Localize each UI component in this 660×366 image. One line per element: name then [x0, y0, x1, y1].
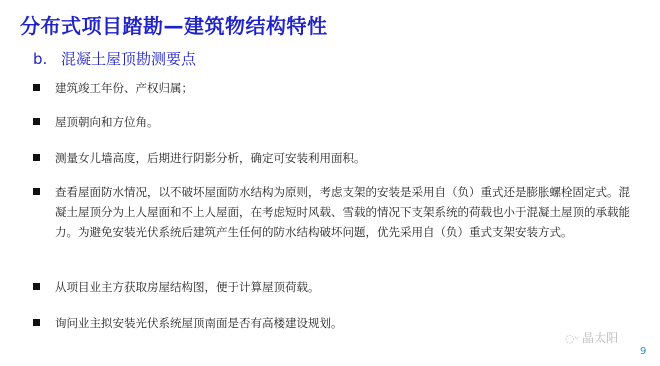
list-item: 测量女儿墙高度，后期进行阴影分析，确定可安装利用面积。: [33, 148, 366, 168]
section-index: b.: [33, 50, 61, 68]
list-item: 从项目业主方获取房屋结构图，便于计算屋顶荷载。: [33, 277, 320, 297]
section-heading-text: 混凝土屋顶勘测要点: [61, 50, 196, 68]
section-heading: b.混凝土屋顶勘测要点: [33, 48, 196, 69]
square-bullet-icon: [33, 84, 40, 91]
list-item: 查看屋面防水情况，以不破坏屋面防水结构为原则，考虑支架的安装是采用自（负）重式还…: [33, 182, 635, 242]
slide-title: 分布式项目踏勘—建筑物结构特性: [20, 10, 328, 39]
wechat-icon: ◌ᵕ: [565, 332, 579, 345]
page-number: 9: [640, 346, 646, 357]
square-bullet-icon: [33, 154, 40, 161]
watermark: ◌ᵕ晶太阳: [565, 329, 618, 346]
list-item: 询问业主拟安装光伏系统屋顶南面是否有高楼建设规划。: [33, 313, 343, 333]
watermark-text: 晶太阳: [582, 331, 618, 345]
square-bullet-icon: [33, 188, 40, 195]
square-bullet-icon: [33, 283, 40, 290]
list-item: 屋顶朝向和方位角。: [33, 112, 159, 132]
square-bullet-icon: [33, 319, 40, 326]
square-bullet-icon: [33, 118, 40, 125]
list-item: 建筑竣工年份、产权归属；: [33, 78, 193, 98]
